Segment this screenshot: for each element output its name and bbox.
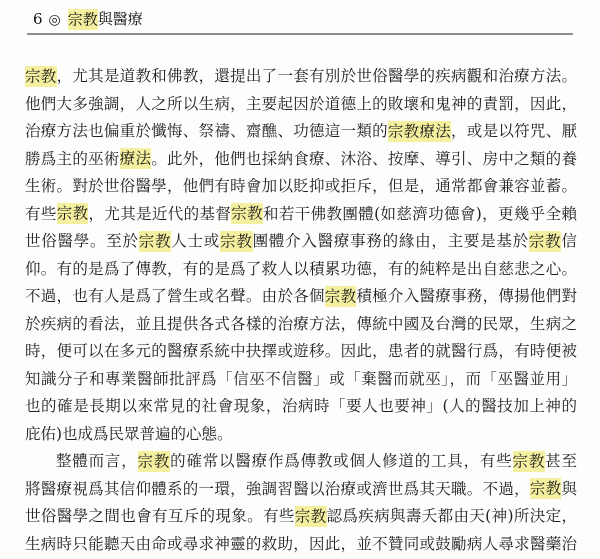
text-segment: 仰。有的是爲了傳教，有的是爲了救人以積累功德，有的純粹是出自慈悲之心。 xyxy=(25,260,577,278)
text-segment: 與 xyxy=(561,480,577,498)
text-segment: 世俗醫學之間也會有互斥的現象。有些 xyxy=(25,507,295,525)
text-line: 時，便可以在多元的醫療系統中抉擇或遊移。因此，患者的就醫行爲，有時便被 xyxy=(25,338,577,366)
text-segment: 於疾病的看法，並且提供各式各樣的治療方法，傳統中國及台灣的民眾，生病之 xyxy=(25,315,577,333)
text-line: 不過，也有人是爲了營生或名聲。由於各個宗教積極介入醫療事務，傳揚他們對 xyxy=(25,283,577,311)
text-segment: 的確常以醫療作爲傳教或個人修道的工具，有些 xyxy=(170,452,512,470)
highlighted-term: 宗教 xyxy=(530,478,562,499)
highlighted-term: 宗教 xyxy=(220,231,253,252)
text-line: 勝爲主的巫術療法。此外，他們也採納食療、沐浴、按摩、導引、房中之類的養 xyxy=(25,146,577,174)
text-segment: 時，便可以在多元的醫療系統中抉擇或遊移。因此，患者的就醫行爲，有時便被 xyxy=(25,342,577,360)
highlighted-term: 宗教 xyxy=(231,203,263,224)
text-segment: 與醫療 xyxy=(98,10,143,28)
text-segment: 有些 xyxy=(25,205,57,223)
running-header: 6◎宗教與醫療 xyxy=(33,9,143,30)
text-segment: 他們大多強調，人之所以生病，主要起因於道德上的敗壞和鬼神的責罰，因此， xyxy=(25,95,577,113)
highlighted-term: 宗教 xyxy=(529,231,562,252)
text-line: 仰。有的是爲了傳教，有的是爲了救人以積累功德，有的純粹是出自慈悲之心。 xyxy=(25,256,577,284)
text-line: 他們大多強調，人之所以生病，主要起因於道德上的敗壞和鬼神的責罰，因此， xyxy=(25,91,577,119)
text-line: 生病時只能聽天由命或尋求神靈的救助，因此，並不贊同或鼓勵病人尋求醫藥治 xyxy=(25,531,577,559)
text-segment: 認爲疾病與壽夭都由天(神)所決定， xyxy=(327,507,577,525)
text-segment: 整體而言， xyxy=(56,452,138,470)
highlighted-term: 宗教 xyxy=(25,66,57,87)
highlighted-term: 宗教 xyxy=(68,9,98,30)
highlighted-term: 宗教療法 xyxy=(388,121,451,142)
text-segment: 也的確是長期以來常見的社會現象，治病時「要人也要神」(人的醫技加上神的 xyxy=(25,397,577,415)
highlighted-term: 宗教 xyxy=(325,286,357,307)
text-segment: 生術。對於世俗醫學，他們有時會加以貶抑或拒斥，但是，通常都會兼容並蓄。 xyxy=(25,177,577,195)
highlighted-term: 宗教 xyxy=(57,203,89,224)
text-segment: 勝爲主的巫術 xyxy=(25,150,120,168)
text-segment: 積極介入醫療事務，傳揚他們對 xyxy=(356,287,577,305)
text-segment: 甚至 xyxy=(545,452,577,470)
body-text: 宗教，尤其是道教和佛教，還提出了一套有別於世俗醫學的疾病觀和治療方法。他們大多強… xyxy=(25,63,577,558)
section-marker-icon: ◎ xyxy=(49,12,61,28)
text-line: 整體而言，宗教的確常以醫療作爲傳教或個人修道的工具，有些宗教甚至 xyxy=(25,448,577,476)
text-segment: ，尤其是近代的基督 xyxy=(88,205,231,223)
book-title: 宗教與醫療 xyxy=(68,9,143,30)
text-line: 庇佑)也成爲民眾普遍的心態。 xyxy=(25,421,577,449)
text-line: 有些宗教，尤其是近代的基督宗教和若干佛教團體(如慈濟功德會)，更幾乎全賴 xyxy=(25,201,577,229)
header-rule-divider xyxy=(27,33,573,35)
highlighted-term: 療法 xyxy=(120,148,152,169)
text-line: 宗教，尤其是道教和佛教，還提出了一套有別於世俗醫學的疾病觀和治療方法。 xyxy=(25,63,577,91)
text-segment: 信 xyxy=(561,232,577,250)
text-line: 也的確是長期以來常見的社會現象，治病時「要人也要神」(人的醫技加上神的 xyxy=(25,393,577,421)
book-page: 6◎宗教與醫療 宗教，尤其是道教和佛教，還提出了一套有別於世俗醫學的疾病觀和治療… xyxy=(0,0,600,559)
text-line: 於疾病的看法，並且提供各式各樣的治療方法，傳統中國及台灣的民眾，生病之 xyxy=(25,311,577,339)
text-segment: 團體介入醫療事務的緣由，主要是基於 xyxy=(253,232,529,250)
text-segment: 。此外，他們也採納食療、沐浴、按摩、導引、房中之類的養 xyxy=(151,150,577,168)
highlighted-term: 宗教 xyxy=(513,451,546,472)
text-line: 將醫療視爲其信仰體系的一環，強調習醫以治療或濟世爲其天職。不過，宗教與 xyxy=(25,476,577,504)
text-segment: 世俗醫學。至於 xyxy=(25,232,139,250)
text-line: 世俗醫學之間也會有互斥的現象。有些宗教認爲疾病與壽夭都由天(神)所決定， xyxy=(25,503,577,531)
text-segment: ，尤其是道教和佛教，還提出了一套有別於世俗醫學的疾病觀和治療方法。 xyxy=(57,67,577,85)
text-segment: 不過，也有人是爲了營生或名聲。由於各個 xyxy=(25,287,325,305)
text-segment: 和若干佛教團體(如慈濟功德會)，更幾乎全賴 xyxy=(263,205,577,223)
text-segment: 治療方法也偏重於懺悔、祭禱、齋醮、功德這一類的 xyxy=(25,122,388,140)
highlighted-term: 宗教 xyxy=(295,506,327,527)
highlighted-term: 宗教 xyxy=(139,231,172,252)
text-line: 生術。對於世俗醫學，他們有時會加以貶抑或拒斥，但是，通常都會兼容並蓄。 xyxy=(25,173,577,201)
highlighted-term: 宗教 xyxy=(138,451,171,472)
text-line: 世俗醫學。至於宗教人士或宗教團體介入醫療事務的緣由，主要是基於宗教信 xyxy=(25,228,577,256)
text-segment: 人士或 xyxy=(171,232,220,250)
text-segment: ，或是以符咒、厭 xyxy=(451,122,577,140)
page-number: 6 xyxy=(33,10,43,28)
text-line: 知識分子和專業醫師批評爲「信巫不信醫」或「棄醫而就巫」，而「巫醫並用」 xyxy=(25,366,577,394)
text-segment: 將醫療視爲其信仰體系的一環，強調習醫以治療或濟世爲其天職。不過， xyxy=(25,480,530,498)
text-segment: 知識分子和專業醫師批評爲「信巫不信醫」或「棄醫而就巫」，而「巫醫並用」 xyxy=(25,370,577,388)
text-segment: 庇佑)也成爲民眾普遍的心態。 xyxy=(25,425,233,443)
text-segment: 生病時只能聽天由命或尋求神靈的救助，因此，並不贊同或鼓勵病人尋求醫藥治 xyxy=(25,535,577,553)
text-line: 治療方法也偏重於懺悔、祭禱、齋醮、功德這一類的宗教療法，或是以符咒、厭 xyxy=(25,118,577,146)
